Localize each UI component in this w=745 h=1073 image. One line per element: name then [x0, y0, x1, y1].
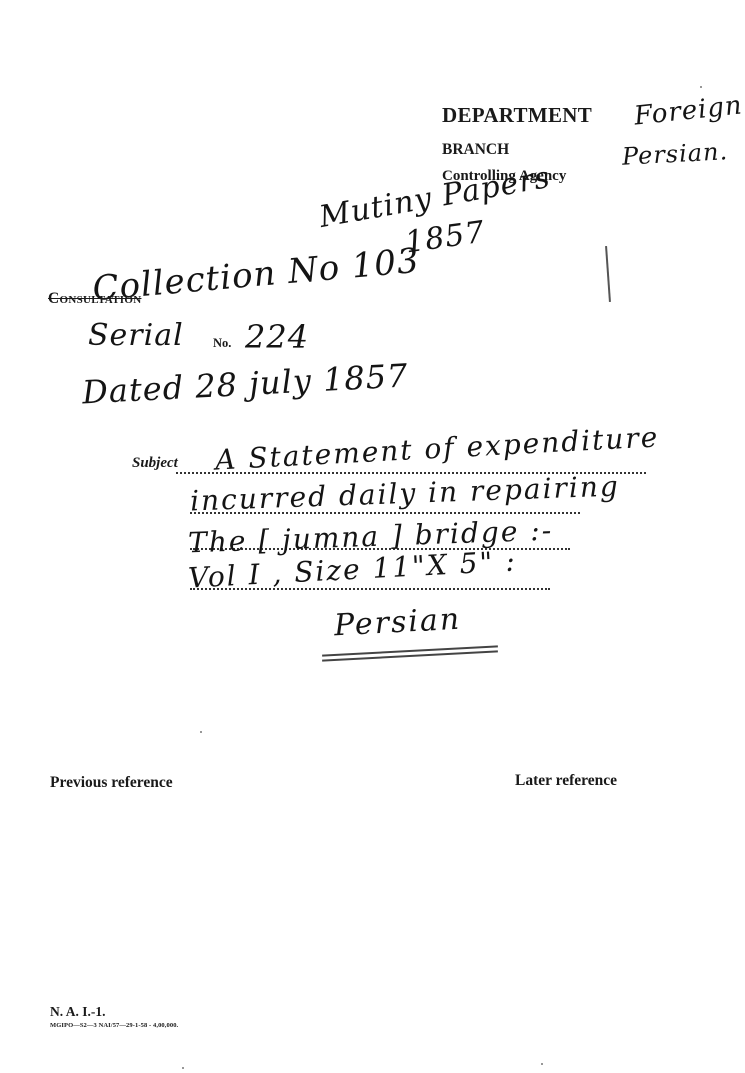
previous-reference-label: Previous reference [50, 774, 173, 792]
subject-label: Subject [132, 455, 178, 472]
later-reference-label: Later reference [515, 772, 617, 790]
serial-no-value: 224 [245, 318, 309, 356]
serial-no-label: No. [213, 336, 231, 351]
department-label: DEPARTMENT [442, 103, 592, 128]
subject-line-5: Persian [333, 602, 462, 644]
form-number: N. A. I.-1. [50, 1004, 106, 1020]
speck [541, 1063, 543, 1065]
margin-mark [605, 246, 611, 302]
print-line: MGIPO—S2—3 NAI/57—29-1-58 - 4,00,000. [50, 1022, 178, 1029]
speck [700, 86, 702, 88]
speck [200, 731, 202, 733]
speck [182, 1067, 184, 1069]
department-value: Foreign [633, 90, 744, 131]
dated: Dated 28 july 1857 [81, 356, 409, 411]
serial-word: Serial [88, 318, 184, 353]
consultation-label: Consultation [48, 290, 141, 308]
subject-line-1: A Statement of expenditure [214, 420, 660, 476]
subject-line-2: incurred daily in repairing [190, 470, 621, 518]
branch-value: Persian. [621, 137, 728, 171]
branch-label: BRANCH [442, 141, 509, 159]
subject-underline-2 [322, 650, 498, 661]
